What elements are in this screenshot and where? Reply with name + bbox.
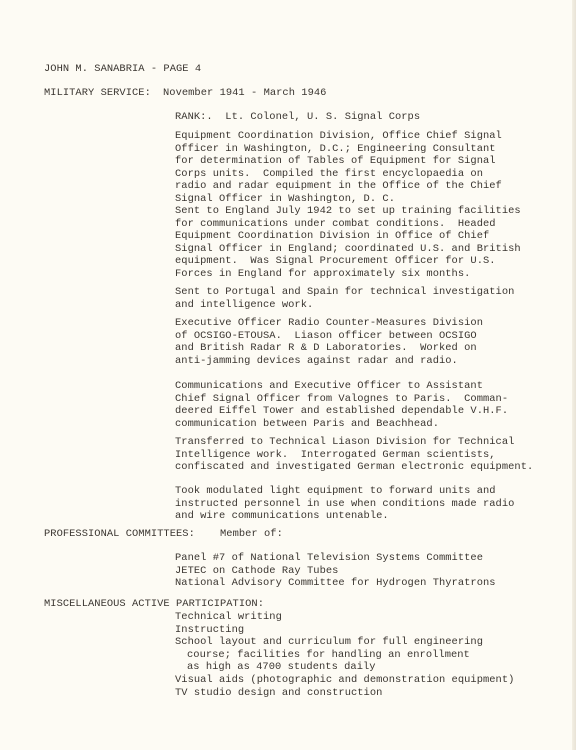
paragraph-line: and wire communications untenable. [175,510,514,523]
paragraph-line: and intelligence work. [175,299,514,312]
page-edge [572,0,576,750]
service-paragraph: Equipment Coordination Division, Office … [175,130,502,206]
participation-item: School layout and curriculum for full en… [175,636,514,649]
committee-item: JETEC on Cathode Ray Tubes [175,565,496,578]
paragraph-line: Corps units. Compiled the first encyclop… [175,168,502,181]
professional-committees-label: PROFESSIONAL COMMITTEES: [44,528,195,541]
paragraph-line: equipment. Was Signal Procurement Office… [175,255,521,268]
paragraph-line: anti-jamming devices against radar and r… [175,355,483,368]
service-paragraph: Sent to Portugal and Spain for technical… [175,286,514,311]
committee-item: Panel #7 of National Television Systems … [175,552,496,565]
service-paragraph: Took modulated light equipment to forwar… [175,485,514,523]
professional-committees-intro: Member of: [220,528,283,541]
participation-item: as high as 4700 students daily [175,661,514,674]
paragraph-line: for communications under combat conditio… [175,218,521,231]
military-service-dates: November 1941 - March 1946 [163,87,326,100]
participation-item: course; facilities for handling an enrol… [175,649,514,662]
paragraph-line: communication between Paris and Beachhea… [175,418,508,431]
service-paragraph: Transferred to Technical Liason Division… [175,436,533,474]
service-paragraph: Executive Officer Radio Counter-Measures… [175,317,483,367]
paragraph-line: Officer in Washington, D.C.; Engineering… [175,143,502,156]
paragraph-line: Forces in England for approximately six … [175,268,521,281]
paragraph-line: Equipment Coordination Division, Office … [175,130,502,143]
paragraph-line: Transferred to Technical Liason Division… [175,436,533,449]
participation-item: Instructing [175,624,514,637]
military-service-label: MILITARY SERVICE: [44,87,151,100]
paragraph-line: confiscated and investigated German elec… [175,461,533,474]
paragraph-line: deered Eiffel Tower and established depe… [175,405,508,418]
paragraph-line: Sent to England July 1942 to set up trai… [175,205,521,218]
paragraph-line: Intelligence work. Interrogated German s… [175,449,533,462]
participation-item: Technical writing [175,611,514,624]
service-paragraph: Communications and Executive Officer to … [175,380,508,430]
rank-line: RANK:. Lt. Colonel, U. S. Signal Corps [175,111,420,124]
miscellaneous-list: Technical writingInstructingSchool layou… [175,611,514,699]
paragraph-line: Signal Officer in Washington, D. C. [175,193,502,206]
paragraph-line: for determination of Tables of Equipment… [175,155,502,168]
paragraph-line: radio and radar equipment in the Office … [175,180,502,193]
committees-list: Panel #7 of National Television Systems … [175,552,496,590]
miscellaneous-label: MISCELLANEOUS ACTIVE PARTICIPATION: [44,598,264,611]
paragraph-line: Equipment Coordination Division in Offic… [175,230,521,243]
paragraph-line: Communications and Executive Officer to … [175,380,508,393]
participation-item: TV studio design and construction [175,687,514,700]
paragraph-line: Chief Signal Officer from Valognes to Pa… [175,393,508,406]
paragraph-line: and British Radar R & D Laboratories. Wo… [175,342,483,355]
paragraph-line: Sent to Portugal and Spain for technical… [175,286,514,299]
paragraph-line: Signal Officer in England; coordinated U… [175,243,521,256]
paragraph-line: of OCSIGO-ETOUSA. Liason officer between… [175,330,483,343]
paragraph-line: instructed personnel in use when conditi… [175,498,514,511]
page-header: JOHN M. SANABRIA - PAGE 4 [44,63,201,76]
paragraph-line: Took modulated light equipment to forwar… [175,485,514,498]
service-paragraph: Sent to England July 1942 to set up trai… [175,205,521,281]
paragraph-line: Executive Officer Radio Counter-Measures… [175,317,483,330]
participation-item: Visual aids (photographic and demonstrat… [175,674,514,687]
committee-item: National Advisory Committee for Hydrogen… [175,577,496,590]
